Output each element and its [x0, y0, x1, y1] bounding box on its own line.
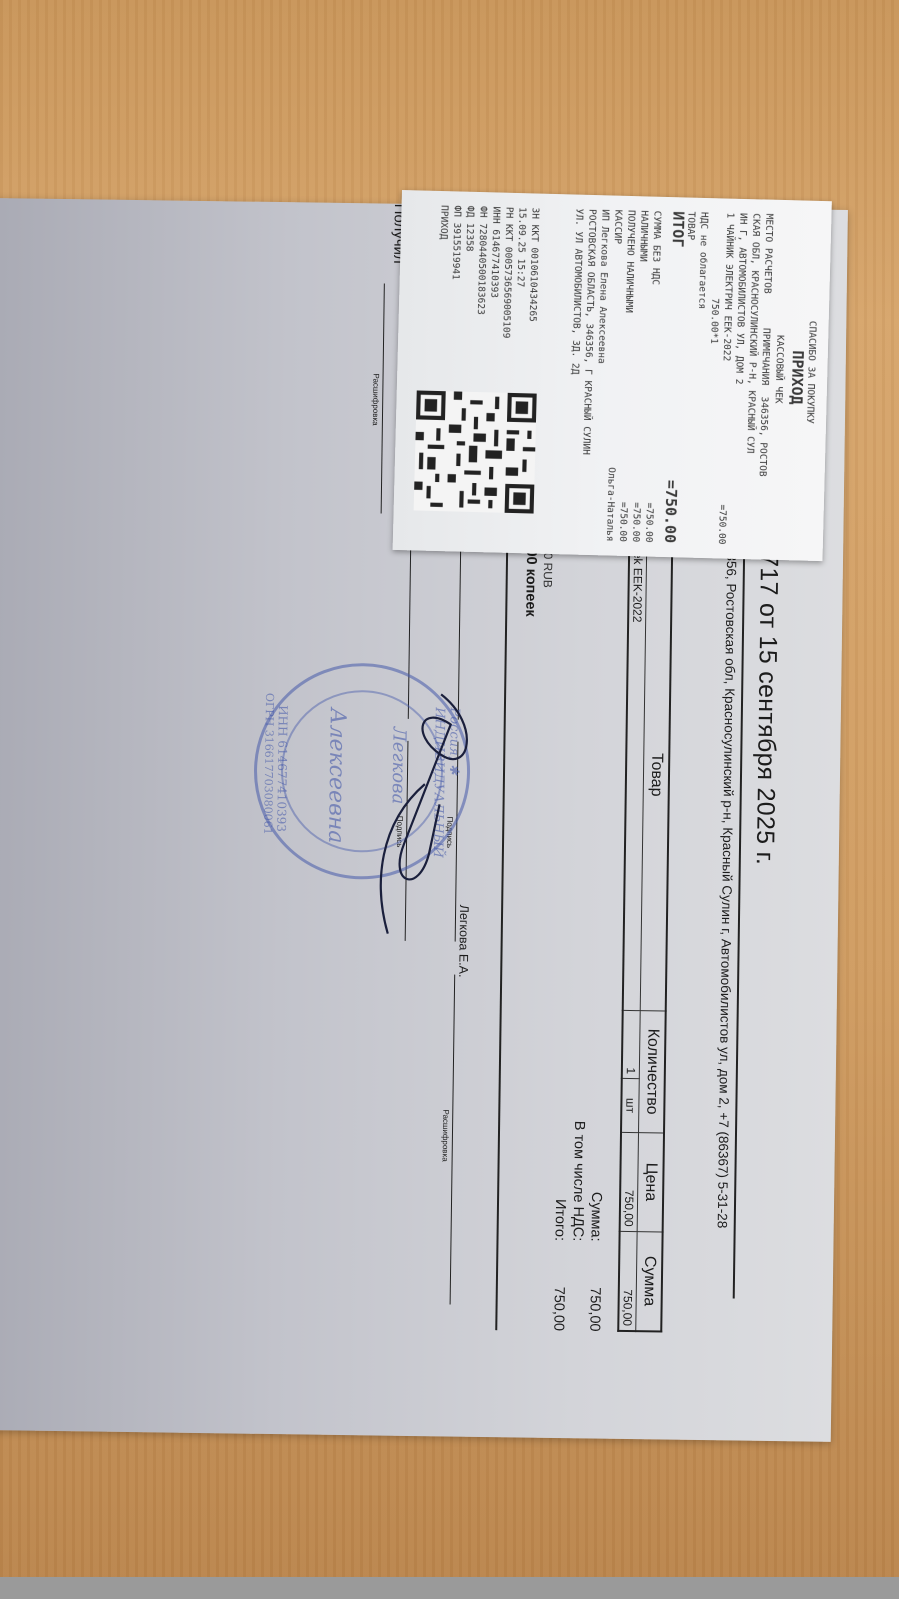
totals-label: Сумма:	[585, 1056, 606, 1271]
cell-sum: 750,00	[618, 1231, 637, 1331]
header-price: Цена	[637, 1132, 664, 1231]
totals-row-vat: В том числе НДС:	[566, 1056, 588, 1331]
receipt-payment-value: =750.00	[616, 502, 630, 542]
receipt-total-value: =750.00	[663, 480, 678, 544]
invoice-title: 3717 от 15 сентября 2025 г.	[750, 539, 784, 866]
receipt-payment-label: СУММА БЕЗ НДС	[649, 211, 664, 286]
receipt-payment-value: =750.00	[642, 502, 656, 542]
stamp-ogrn: ОГРН 316617703080061	[261, 693, 276, 835]
receipt-fiscal-line: ИНН 614677410393	[487, 206, 502, 298]
receipt-payment-label: ПОЛУЧЕНО НАЛИЧНЫМИ	[622, 210, 638, 313]
received-signature-line	[381, 284, 385, 514]
receipt-payment-label: НАЛИЧНЫМИ	[636, 210, 650, 262]
stamp-center: Алексеевна	[323, 708, 350, 844]
receipt-cashier-label: КАССИР	[611, 209, 625, 244]
receipt-cashier-value: Ольга-Наталья	[603, 467, 618, 542]
received-decode-caption: Расшифровка	[371, 373, 381, 425]
totals-row-sum: Сумма: 750,00	[584, 1056, 606, 1331]
goods-table: Товар Количество Цена Сумма slek EEK-202…	[617, 537, 673, 1333]
receipt-item-price: =750.00	[715, 504, 729, 544]
receipt-fiscal-line: ФП 3915519941	[449, 205, 464, 280]
cash-receipt: СПАСИБО ЗА ПОКУПКУ ПРИХОД КАССОВЫЙ ЧЕК М…	[393, 190, 832, 561]
receipt-item-qty: 750.00*1	[707, 298, 721, 344]
totals-row-total: Итого: 750,00	[548, 1056, 570, 1331]
handwritten-signature	[358, 683, 502, 945]
decode-caption: Расшифровка	[441, 1109, 451, 1161]
cell-price: 750,00	[620, 1132, 639, 1231]
totals-label: В том числе НДС:	[567, 1056, 588, 1271]
stamp-inn: ИНН 614677410393	[274, 705, 290, 832]
totals-label: Итого:	[549, 1056, 570, 1271]
receipt-fiscal-line: ПРИХОД	[437, 205, 451, 240]
receipt-payment-value: =750.00	[629, 502, 643, 542]
receipt-content: СПАСИБО ЗА ПОКУПКУ ПРИХОД КАССОВЫЙ ЧЕК М…	[393, 190, 832, 561]
totals-block: Сумма: 750,00 В том числе НДС: Итого: 75…	[548, 1056, 606, 1332]
receipt-fiscal-line: ФД 12358	[462, 206, 476, 252]
receipt-total-label: ИТОГ	[671, 211, 685, 247]
cell-qty: 1	[622, 1010, 640, 1079]
qr-code-icon	[414, 390, 537, 513]
receipt-fiscal-line: 15.09.25 15:27	[513, 207, 528, 287]
totals-value	[566, 1271, 585, 1331]
decode-line-1	[450, 975, 456, 1305]
receipt-kind: КАССОВЫЙ ЧЕК	[772, 335, 787, 404]
totals-value: 750,00	[584, 1271, 603, 1331]
cell-unit: шт	[621, 1079, 639, 1133]
floor-strip	[0, 1577, 899, 1599]
header-sum: Сумма	[636, 1231, 663, 1331]
receipt-type: ПРИХОД	[790, 350, 804, 405]
totals-value: 750,00	[548, 1271, 567, 1331]
header-quantity: Количество	[639, 1011, 666, 1133]
receipt-vat-line: НДС не облагается	[695, 212, 711, 310]
